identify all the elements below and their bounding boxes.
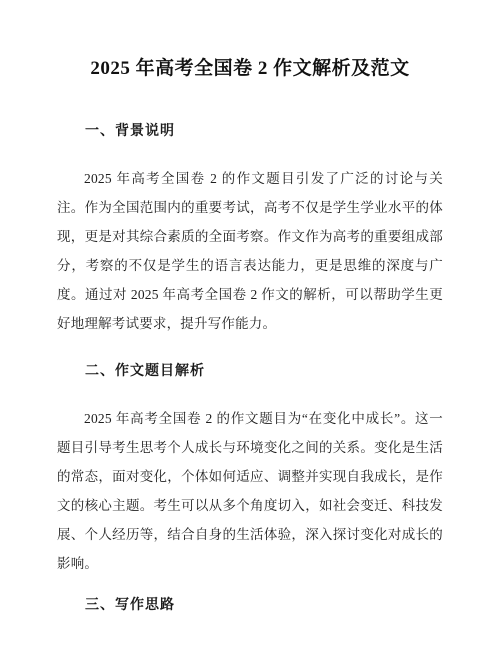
paragraph-background: 2025 年高考全国卷 2 的作文题目引发了广泛的讨论与关注。作为全国范围内的重… bbox=[57, 164, 443, 338]
document-title: 2025 年高考全国卷 2 作文解析及范文 bbox=[57, 54, 443, 84]
section-heading-topic-analysis: 二、作文题目解析 bbox=[57, 360, 443, 380]
section-heading-background: 一、背景说明 bbox=[57, 120, 443, 140]
paragraph-topic-analysis: 2025 年高考全国卷 2 的作文题目为“在变化中成长”。这一题目引导考生思考个… bbox=[57, 404, 443, 578]
section-writing-ideas: 三、写作思路 bbox=[57, 594, 443, 614]
section-heading-writing-ideas: 三、写作思路 bbox=[57, 594, 443, 614]
document-page: 2025 年高考全国卷 2 作文解析及范文 一、背景说明 2025 年高考全国卷… bbox=[0, 0, 500, 647]
section-background: 一、背景说明 2025 年高考全国卷 2 的作文题目引发了广泛的讨论与关注。作为… bbox=[57, 120, 443, 338]
section-topic-analysis: 二、作文题目解析 2025 年高考全国卷 2 的作文题目为“在变化中成长”。这一… bbox=[57, 360, 443, 578]
